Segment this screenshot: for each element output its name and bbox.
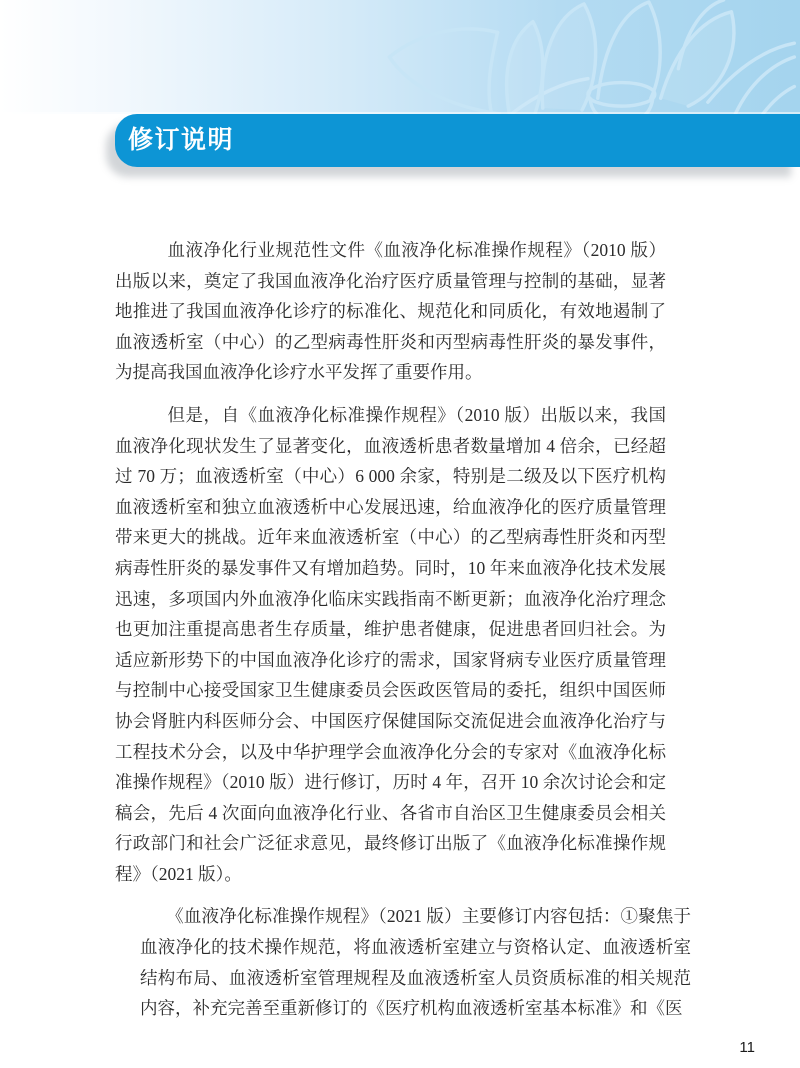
paragraph-2: 但是，自《血液净化标准操作规程》（2010 版）出版以来，我国血液净化现状发生了… — [115, 400, 666, 890]
header-band — [0, 0, 800, 114]
section-title-bar: 修订说明 — [115, 114, 800, 167]
body-text: 血液净化行业规范性文件《血液净化标准操作规程》（2010 版）出版以来，奠定了我… — [115, 235, 666, 1024]
paragraph-1: 血液净化行业规范性文件《血液净化标准操作规程》（2010 版）出版以来，奠定了我… — [115, 235, 666, 388]
section-title: 修订说明 — [115, 128, 234, 153]
document-page: 修订说明 血液净化行业规范性文件《血液净化标准操作规程》（2010 版）出版以来… — [0, 0, 800, 1068]
lotus-icon — [370, 0, 800, 114]
page-number: 11 — [739, 1039, 755, 1056]
paragraph-3: 《血液净化标准操作规程》（2021 版）主要修订内容包括：①聚焦于血液净化的技术… — [140, 901, 691, 1023]
